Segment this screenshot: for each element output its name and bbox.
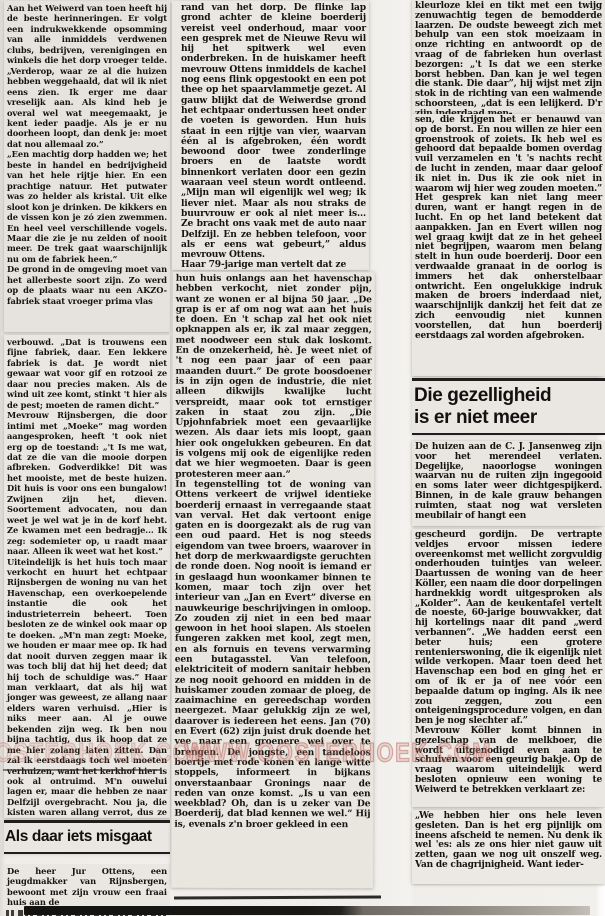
clipping-piece: hun huis onlangs aan het havenschap hebb… xyxy=(171,272,375,889)
heading-line: Als daar iets misgaat xyxy=(5,828,169,846)
clipping-piece: sen, die krijgen het er benauwd van op d… xyxy=(412,114,605,376)
clipping-piece: rand van het dorp. De flinke lap grond a… xyxy=(172,1,369,270)
body-paragraph: kleurloze klei en tikt met een twijg zen… xyxy=(415,2,602,114)
clipping-piece: gescheurd gordijn. De vertrapte veldjes … xyxy=(412,529,605,807)
body-paragraph: hun huis onlangs aan het havenschap hebb… xyxy=(175,274,372,480)
body-paragraph: Aan het Weiwerd van toen heeft hij de be… xyxy=(7,3,167,149)
body-paragraph: Mevrouw Rijnsbergen, die door intimi met… xyxy=(7,410,167,556)
watermark-strike-mark xyxy=(3,769,162,771)
body-paragraph: De grond in de omgeving moet van het all… xyxy=(7,264,167,306)
clipping-bottom-rule xyxy=(174,896,381,899)
body-paragraph: Haar 79-jarige man vertelt dat ze xyxy=(181,260,366,270)
heading-line: is er niet meer xyxy=(414,407,603,429)
body-paragraph: De huizen aan de C. J. Jansenweg zijn vo… xyxy=(415,443,602,521)
clipping-piece: kleurloze klei en tikt met een twijg zen… xyxy=(412,0,605,114)
body-paragraph: De heer Jur Ottens, een jeugdmakker van … xyxy=(7,866,167,908)
newspaper-scan-page: Aan het Weiwerd van toen heeft hij de be… xyxy=(0,0,605,916)
body-paragraph: In tegenstelling tot de woning van Otten… xyxy=(174,480,371,831)
clipping-piece: verbouwd. „Dat is trouwens een fijne fab… xyxy=(4,335,170,818)
section-heading-die-gezelligheid: Die gezelligheid is er niet meer xyxy=(412,378,605,435)
body-paragraph: „Een machtig dorp hadden we; het beste i… xyxy=(7,149,167,264)
body-paragraph: „We hebben hier ons hele leven gesleten.… xyxy=(415,812,602,871)
body-paragraph: Uiteindelijk is het huis toch maar verko… xyxy=(7,557,167,818)
heading-line: Die gezelligheid xyxy=(414,385,603,407)
body-paragraph: verbouwd. „Dat is trouwens een fijne fab… xyxy=(7,337,167,410)
body-paragraph: gescheurd gordijn. De vertrapte veldjes … xyxy=(415,531,602,727)
body-paragraph: rand van het dorp. De flinke lap grond a… xyxy=(181,3,366,260)
body-paragraph: Mevrouw Köller komt binnen in gezelschap… xyxy=(415,727,602,796)
section-heading-als-daar-iets-misgaat: Als daar iets misgaat xyxy=(4,820,170,854)
body-paragraph: sen, die krijgen het er benauwd van op d… xyxy=(415,116,602,341)
clipping-piece: De huizen aan de C. J. Jansenweg zijn vo… xyxy=(412,441,605,526)
bottom-scan-band xyxy=(24,906,590,915)
clipping-piece: „We hebben hier ons hele leven gesleten.… xyxy=(412,810,605,884)
clipping-piece: Aan het Weiwerd van toen heeft hij de be… xyxy=(4,1,170,332)
